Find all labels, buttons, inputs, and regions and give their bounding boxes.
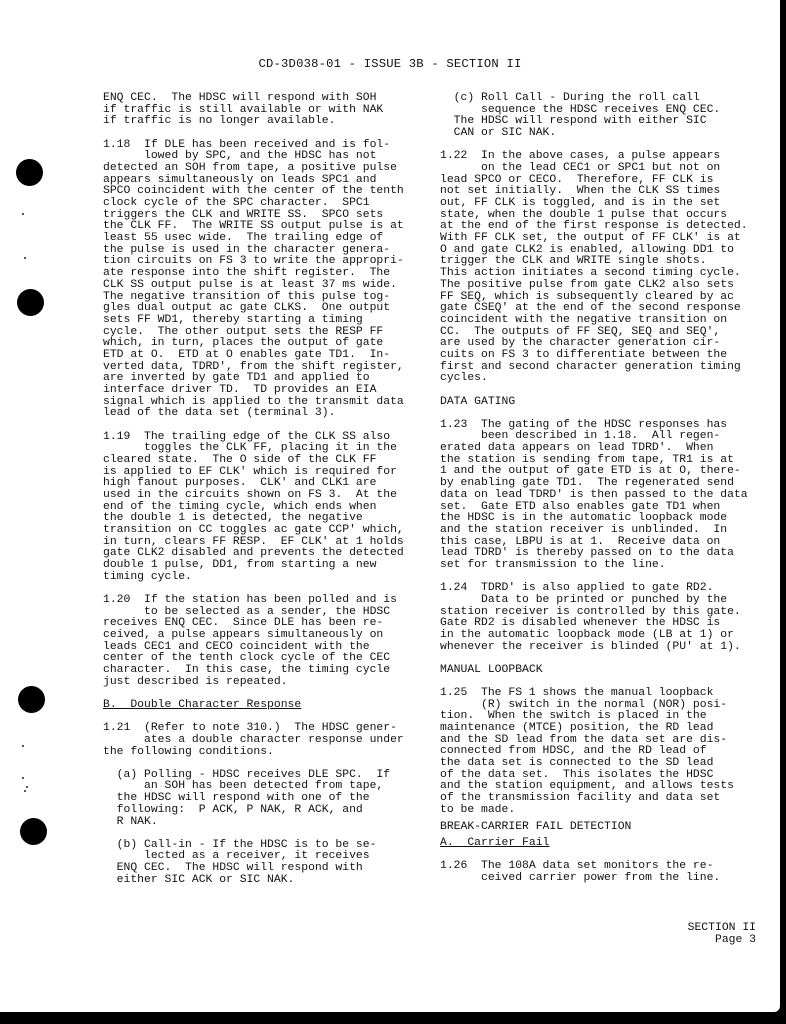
- text-line: ates a double character response under: [103, 735, 404, 747]
- text-line: cuits on FS 3 to differentiate between t…: [440, 350, 748, 362]
- text-line: With FF CLK set, the output of FF CLK' i…: [440, 233, 748, 245]
- text-line: just described is repeated.: [103, 677, 404, 689]
- scan-speck: [24, 790, 26, 792]
- paragraph: ENQ CEC. The HDSC will respond with SOHi…: [103, 93, 404, 128]
- left-column: ENQ CEC. The HDSC will respond with SOHi…: [103, 93, 404, 898]
- paragraph: 1.20 If the station has been polled and …: [103, 595, 404, 689]
- section-heading: DATA GATING: [440, 397, 748, 409]
- paragraph: (a) Polling - HDSC receives DLE SPC. If …: [103, 770, 404, 828]
- text-line: on the lead CEC1 or SPC1 but not on: [440, 163, 748, 175]
- text-line: clock cycle of the SPC character. SPC1: [103, 198, 404, 210]
- text-line: (c) Roll Call - During the roll call: [440, 93, 748, 105]
- text-line: cycles.: [440, 373, 748, 385]
- paragraph: 1.24 TDRD' is also applied to gate RD2. …: [440, 583, 748, 653]
- text-line: erated data appears on lead TDRD'. When: [440, 443, 748, 455]
- text-line: R NAK.: [103, 817, 404, 829]
- section-heading: A. Carrier Fail: [440, 838, 748, 850]
- text-line: A. Carrier Fail: [440, 838, 748, 850]
- footer-page-number: Page 3: [600, 934, 756, 946]
- punch-hole: [20, 818, 47, 845]
- text-line: data on lead TDRD' is then passed to the…: [440, 490, 748, 502]
- scan-speck: [24, 257, 26, 259]
- footer-section: SECTION II: [600, 922, 756, 934]
- paragraph: 1.25 The FS 1 shows the manual loopback …: [440, 688, 748, 817]
- text-line: ENQ CEC. The HDSC will respond with: [103, 863, 404, 875]
- text-line: detected an SOH from tape, a positive pu…: [103, 163, 404, 175]
- text-line: B. Double Character Response: [103, 700, 404, 712]
- punch-hole: [17, 289, 44, 316]
- section-heading: B. Double Character Response: [103, 700, 404, 712]
- right-column: (c) Roll Call - During the roll call seq…: [440, 93, 748, 896]
- text-line: either SIC ACK or SIC NAK.: [103, 875, 404, 887]
- paragraph: (b) Call-in - If the HDSC is to be se- l…: [103, 840, 404, 887]
- text-line: Data to be printed or punched by the: [440, 595, 748, 607]
- text-line: interface driver TD. TD provides an EIA: [103, 385, 404, 397]
- document-page: CD-3D038-01 - ISSUE 3B - SECTION II ENQ …: [0, 0, 780, 1012]
- punch-hole: [16, 159, 43, 186]
- text-line: sets FF WD1, thereby starting a timing: [103, 315, 404, 327]
- text-line: out, FF CLK is toggled, and is in the se…: [440, 198, 748, 210]
- text-line: and the station receiver is unblinded. I…: [440, 525, 748, 537]
- text-line: set for transmission to the line.: [440, 560, 748, 572]
- text-line: the following conditions.: [103, 747, 404, 759]
- text-line: following: P ACK, P NAK, R ACK, and: [103, 805, 404, 817]
- page-header: CD-3D038-01 - ISSUE 3B - SECTION II: [0, 57, 780, 71]
- text-line: The positive pulse from gate CLK2 also s…: [440, 280, 748, 292]
- text-line: ETD at O. ETD at O enables gate TD1. In-: [103, 350, 404, 362]
- text-line: cleared state. The O side of the CLK FF: [103, 455, 404, 467]
- scan-speck: [22, 745, 24, 747]
- text-line: ceived, a pulse appears simultaneously o…: [103, 630, 404, 642]
- scan-speck: [26, 786, 28, 788]
- text-line: CLK SS output pulse is at least 37 ms wi…: [103, 280, 404, 292]
- text-line: CAN or SIC NAK.: [440, 128, 748, 140]
- text-line: coincident with the negative transition …: [440, 315, 748, 327]
- paragraph: 1.22 In the above cases, a pulse appears…: [440, 151, 748, 385]
- text-line: DATA GATING: [440, 397, 748, 409]
- paragraph: 1.21 (Refer to note 310.) The HDSC gener…: [103, 723, 404, 758]
- text-line: timing cycle.: [103, 572, 404, 584]
- paragraph: 1.23 The gating of the HDSC responses ha…: [440, 420, 748, 572]
- punch-hole: [18, 686, 45, 713]
- text-line: to be made.: [440, 805, 748, 817]
- text-line: if traffic is no longer available.: [103, 116, 404, 128]
- paragraph: 1.18 If DLE has been received and is fol…: [103, 140, 404, 421]
- scan-speck: [22, 213, 24, 215]
- text-line: transition on CC toggles ac gate CCP' wh…: [103, 525, 404, 537]
- text-line: the data set is connected to the SD lead: [440, 758, 748, 770]
- paragraph: 1.19 The trailing edge of the CLK SS als…: [103, 432, 404, 584]
- text-line: ceived carrier power from the line.: [440, 873, 748, 885]
- text-line: used in the circuits shown on FS 3. At t…: [103, 490, 404, 502]
- text-line: MANUAL LOOPBACK: [440, 665, 748, 677]
- text-line: 1.25 The FS 1 shows the manual loopback: [440, 688, 748, 700]
- text-line: whenever the receiver is blinded (PU' at…: [440, 642, 748, 654]
- text-line: 1.20 If the station has been polled and …: [103, 595, 404, 607]
- page-footer: SECTION II Page 3: [600, 922, 756, 946]
- paragraph: 1.26 The 108A data set monitors the re- …: [440, 861, 748, 884]
- text-line: maintenance (MTCE) position, the RD lead: [440, 723, 748, 735]
- scan-speck: [22, 777, 24, 779]
- text-line: ENQ CEC. The HDSC will respond with SOH: [103, 93, 404, 105]
- text-line: lead of the data set (terminal 3).: [103, 408, 404, 420]
- text-line: BREAK-CARRIER FAIL DETECTION: [440, 822, 748, 834]
- section-heading: MANUAL LOOPBACK: [440, 665, 748, 677]
- text-line: in the automatic loopback mode (LB at 1)…: [440, 630, 748, 642]
- text-line: least 55 usec wide. The trailing edge of: [103, 233, 404, 245]
- section-heading: BREAK-CARRIER FAIL DETECTION: [440, 822, 748, 834]
- paragraph: (c) Roll Call - During the roll call seq…: [440, 93, 748, 140]
